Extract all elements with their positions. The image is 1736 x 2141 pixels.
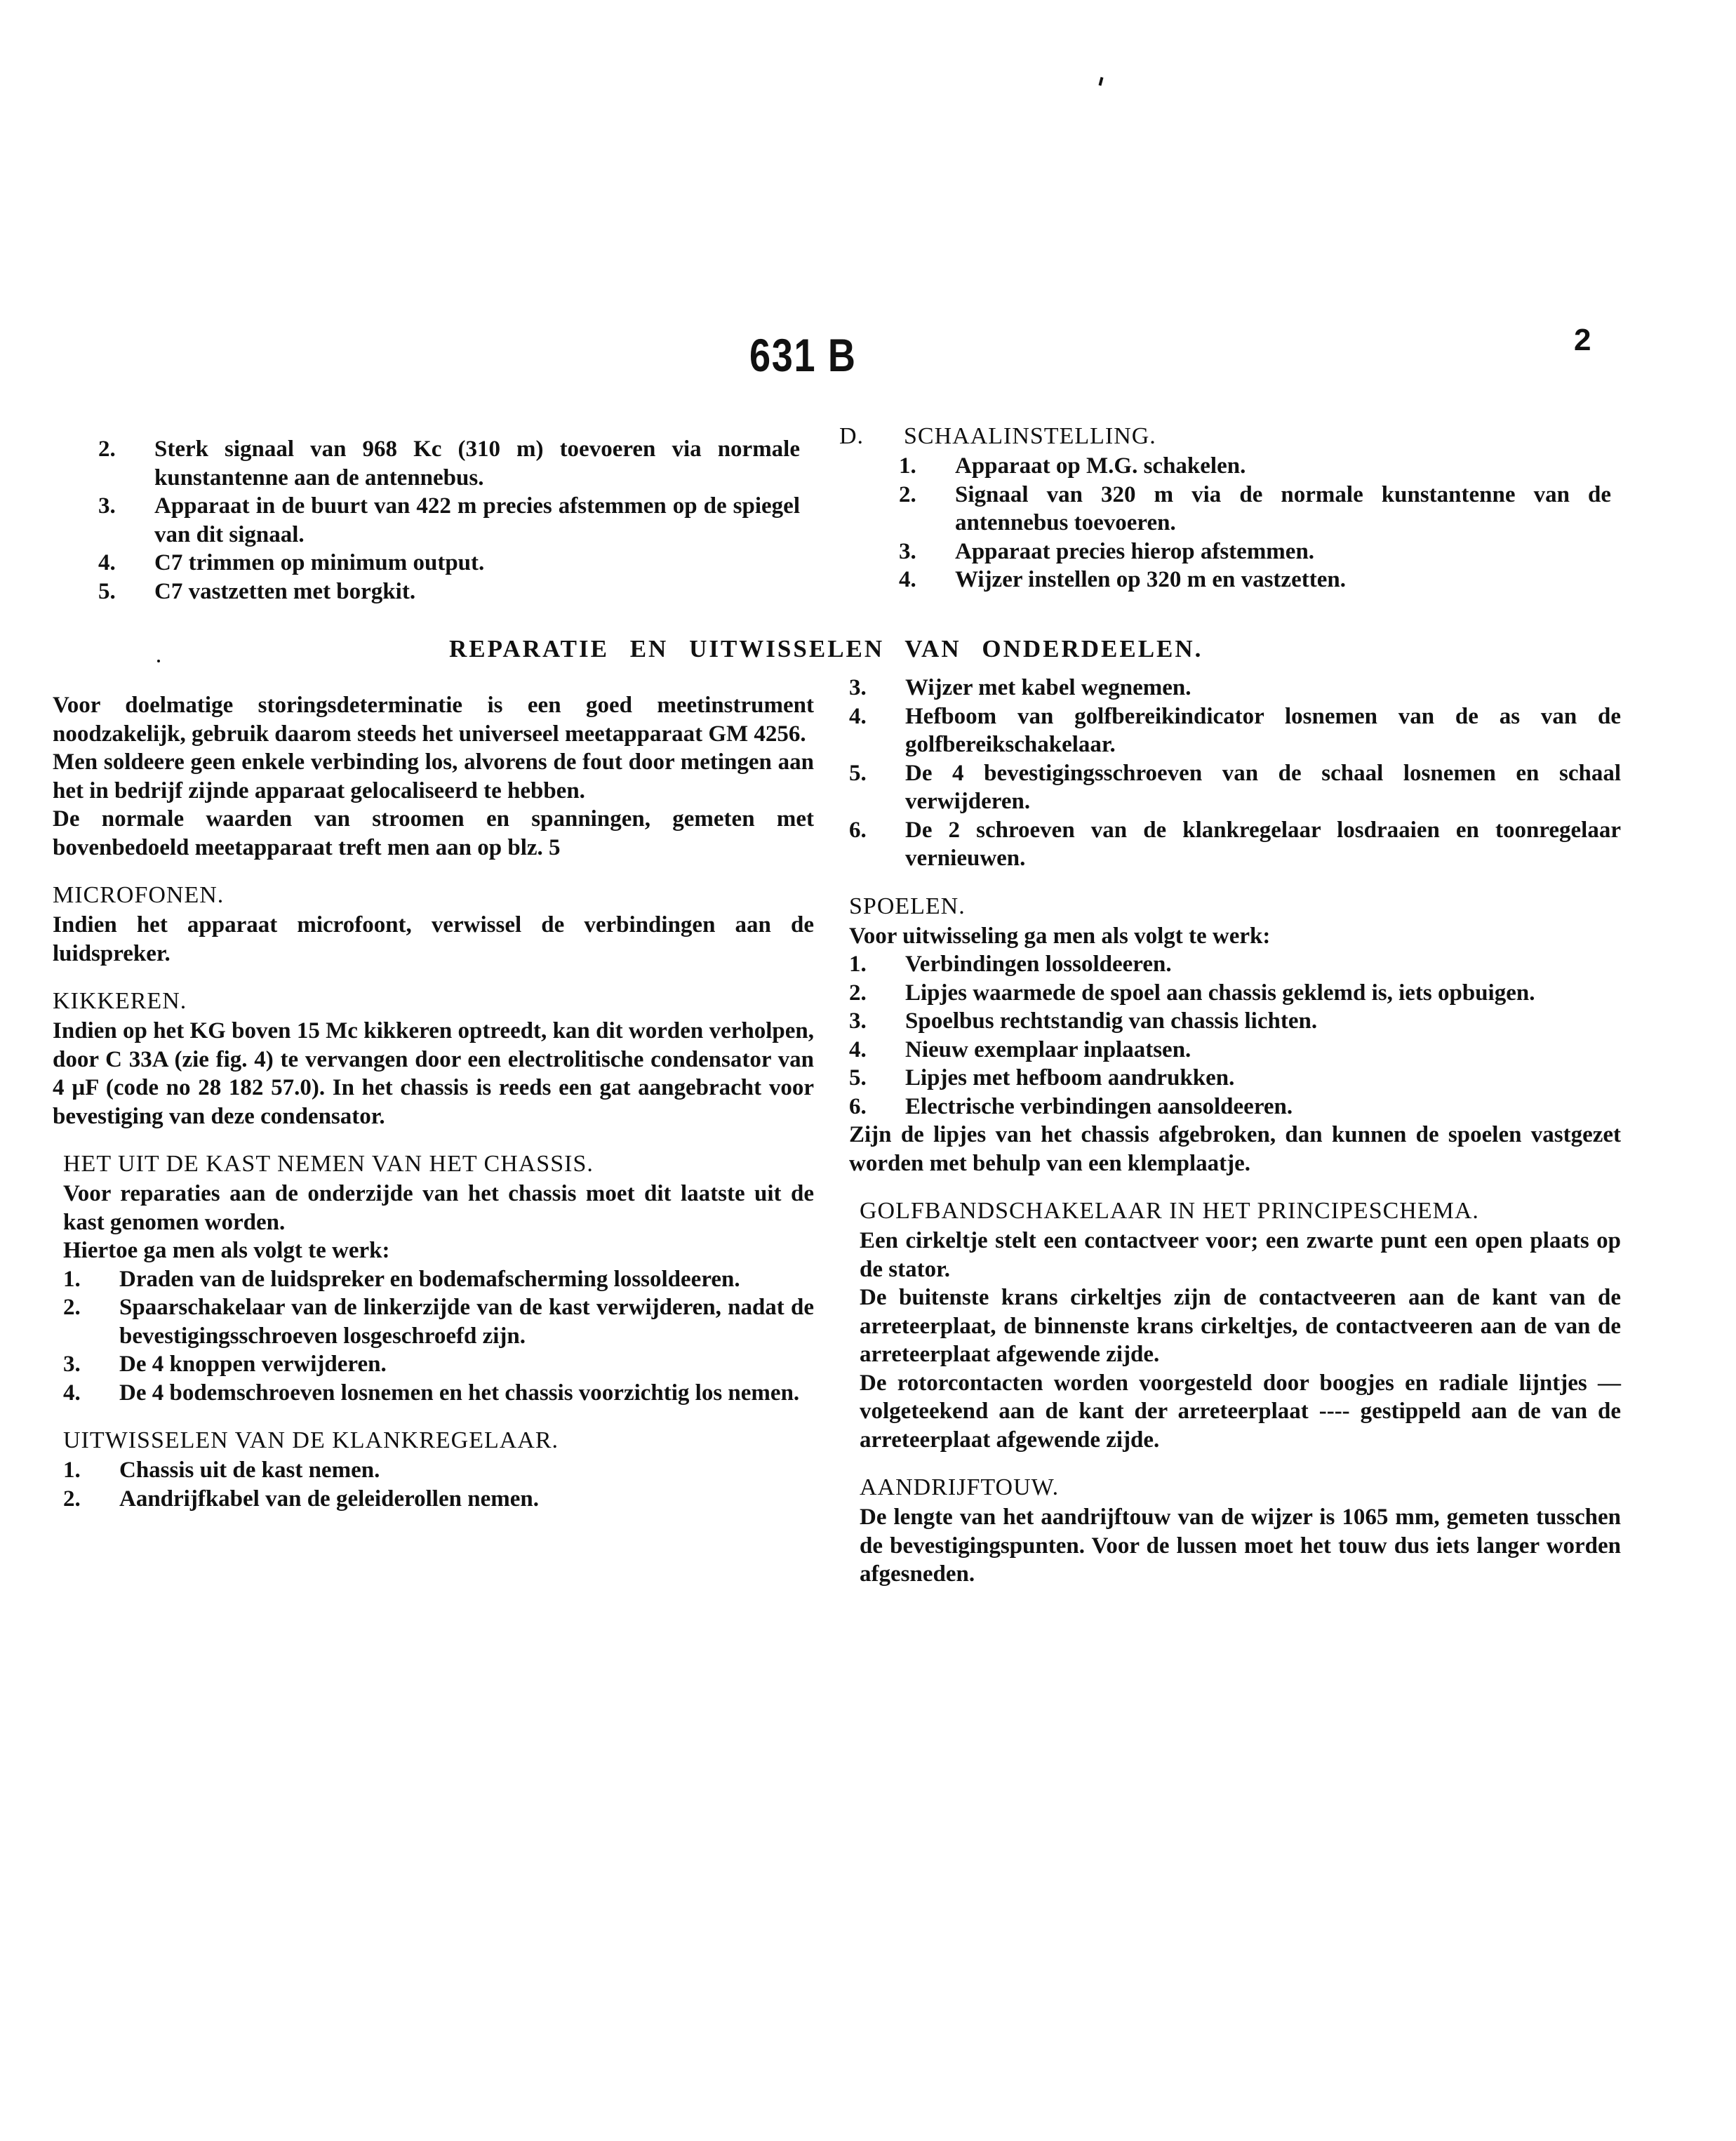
list-item: 4.De 4 bodemschroeven losnemen en het ch… [63,1379,814,1408]
right-column: 3.Wijzer met kabel wegnemen. 4.Hefboom v… [849,674,1621,1589]
paragraph: De buitenste krans cirkeltjes zijn de co… [860,1283,1621,1369]
model-title: 631 B [749,328,857,382]
list-item: 1.Apparaat op M.G. schakelen. [899,452,1611,481]
section-title-golfbandschakelaar: GOLFBANDSCHAKELAAR IN HET PRINCIPESCHEMA… [860,1196,1621,1227]
intro-paragraph: Voor doelmatige storingsdeterminatie is … [53,691,814,748]
paragraph: Indien op het KG boven 15 Mc kikkeren op… [53,1017,814,1130]
list-item: 4.C7 trimmen op minimum output. [98,549,800,578]
list-item: 3.Spoelbus rechtstandig van chassis lich… [849,1007,1621,1036]
section-title-klankregelaar: UITWISSELEN VAN DE KLANKREGELAAR. [63,1425,814,1456]
intro-paragraph: Men soldeere geen enkele verbinding los,… [53,748,814,805]
scan-mark [1099,77,1104,86]
section-schaalinstelling: D. SCHAALINSTELLING. 1.Apparaat op M.G. … [839,421,1611,594]
paragraph: De lengte van het aandrijftouw van de wi… [860,1503,1621,1589]
list-item: 6.Electrische verbindingen aansoldeeren. [849,1093,1621,1121]
list-item: 2.Aandrijfkabel van de geleiderollen nem… [63,1485,814,1514]
list-item: 1.Draden van de luidspreker en bodemafsc… [63,1265,814,1294]
paragraph: Voor reparaties aan de onderzijde van he… [63,1180,814,1236]
paragraph: Indien het apparaat microfoont, verwisse… [53,911,814,968]
list-item: 4.Wijzer instellen op 320 m en vastzette… [899,566,1611,594]
left-column: Voor doelmatige storingsdeterminatie is … [53,691,814,1513]
list-item: 5.De 4 bevestigingsschroeven van de scha… [849,759,1621,816]
list-item: 2.Sterk signaal van 968 Kc (310 m) toevo… [98,435,800,492]
list-item: 6.De 2 schroeven van de klankregelaar lo… [849,816,1621,873]
paragraph: Een cirkeltje stelt een contactveer voor… [860,1227,1621,1283]
list-item: 1.Verbindingen lossoldeeren. [849,950,1621,979]
list-item: 2.Spaarschakelaar van de linkerzijde van… [63,1293,814,1350]
section-title-aandrijftouw: AANDRIJFTOUW. [860,1472,1621,1503]
section-title-chassis: HET UIT DE KAST NEMEN VAN HET CHASSIS. [63,1149,814,1180]
top-left-list: 2.Sterk signaal van 968 Kc (310 m) toevo… [98,435,800,606]
intro-paragraph: De normale waarden van stroomen en spann… [53,805,814,862]
paragraph: Voor uitwisseling ga men als volgt te we… [849,922,1621,951]
list-item: 4.Hefboom van golfbereikindicator losnem… [849,702,1621,759]
section-title: D. SCHAALINSTELLING. [839,421,1611,452]
list-item: 2.Signaal van 320 m via de normale kunst… [899,481,1611,538]
section-title-kikkeren: KIKKEREN. [53,986,814,1017]
list-item: 1.Chassis uit de kast nemen. [63,1456,814,1485]
section-title-spoelen: SPOELEN. [849,891,1621,922]
list-item: 3.Apparaat in de buurt van 422 m precies… [98,492,800,549]
list-item: 2.Lipjes waarmede de spoel aan chassis g… [849,979,1621,1008]
paragraph: De rotorcontacten worden voorgesteld doo… [860,1369,1621,1455]
list-item: 5.Lipjes met hefboom aandrukken. [849,1064,1621,1093]
main-heading: REPARATIE EN UITWISSELEN VAN ONDERDEELEN… [449,635,1203,663]
paragraph: Zijn de lipjes van het chassis afgebroke… [849,1121,1621,1178]
scan-dot [157,660,160,662]
list-item: 3.De 4 knoppen verwijderen. [63,1350,814,1379]
list-item: 5.C7 vastzetten met borgkit. [98,578,800,606]
section-title-microfonen: MICROFONEN. [53,880,814,911]
list-item: 3.Apparaat precies hierop afstemmen. [899,538,1611,566]
paragraph: Hiertoe ga men als volgt te werk: [63,1236,814,1265]
list-item: 3.Wijzer met kabel wegnemen. [849,674,1621,702]
list-item: 4.Nieuw exemplaar inplaatsen. [849,1036,1621,1065]
page-number: 2 [1574,323,1591,358]
